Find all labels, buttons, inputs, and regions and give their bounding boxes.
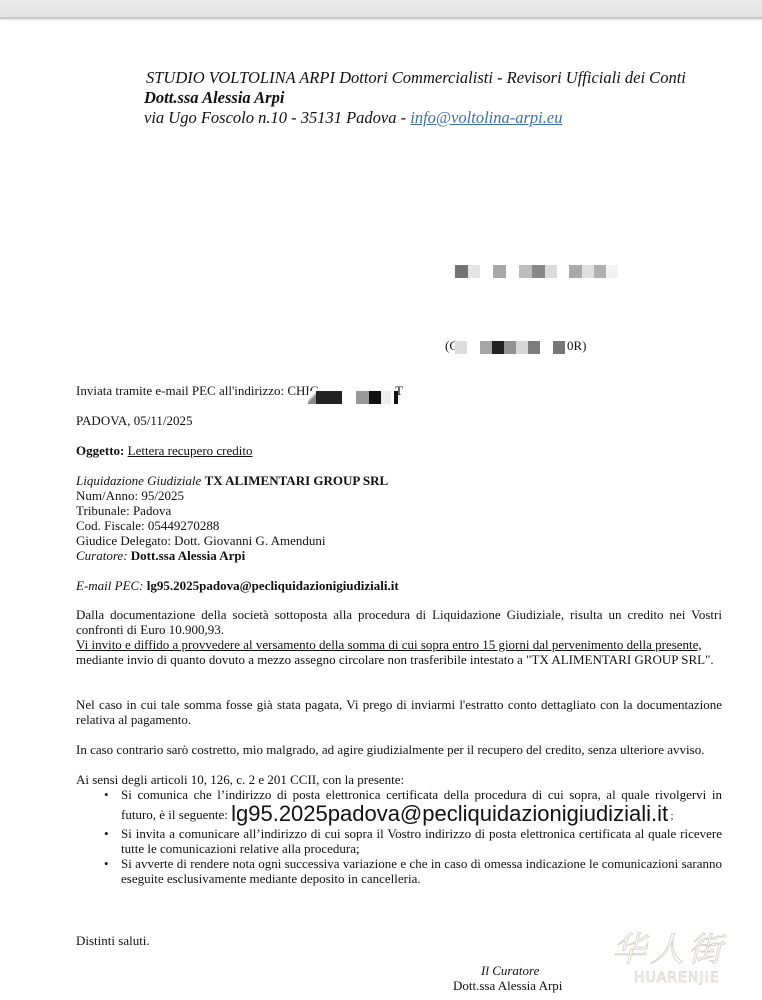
procedure-pec: E-mail PEC: lg95.2025padova@pecliquidazi…	[76, 578, 399, 593]
procedure-title: Liquidazione Giudiziale TX ALIMENTARI GR…	[76, 473, 388, 488]
paragraph-credit-text: Dalla documentazione della società sotto…	[76, 607, 722, 637]
procedure-num-anno: Num/Anno: 95/2025	[76, 488, 184, 503]
procedure-cod-fiscale: Cod. Fiscale: 05449270288	[76, 518, 219, 533]
bullet-tail: ;	[668, 811, 673, 822]
signature-name: Dott.ssa Alessia Arpi	[453, 978, 562, 993]
subject-text: Lettera recupero credito	[128, 443, 253, 458]
closing: Distinti saluti.	[76, 933, 150, 948]
letterhead-address-text: via Ugo Foscolo n.10 - 35131 Padova -	[144, 108, 410, 127]
paragraph-credit-tail: mediante invio di quanto dovuto a mezzo …	[76, 652, 714, 667]
signature-role: Il Curatore	[481, 963, 539, 978]
subject-label: Oggetto:	[76, 443, 124, 458]
subject-line: Oggetto: Lettera recupero credito	[76, 443, 253, 458]
procedure-type: Liquidazione Giudiziale	[76, 473, 201, 488]
viewer-top-bar	[0, 0, 762, 19]
procedure-company: TX ALIMENTARI GROUP SRL	[205, 473, 389, 488]
bullet-pec-address[interactable]: lg95.2025padova@pecliquidazionigiudizial…	[231, 801, 668, 826]
letterhead-name-text: Dott.ssa Alessia Arpi	[144, 88, 284, 107]
watermark-logo: 华人街 HUARENJIE	[612, 930, 752, 992]
sent-via-prefix: Inviata tramite e-mail PEC all'indirizzo…	[76, 383, 318, 398]
curatore-label: Curatore:	[76, 548, 128, 563]
bullet-item-pec-address: Si comunica che l’indirizzo di posta ele…	[104, 787, 722, 826]
bullet-item-invite: Si invita a comunicare all’indirizzo di …	[104, 826, 722, 856]
recipient-name-redacted	[455, 265, 635, 278]
paragraph-credit: Dalla documentazione della società sotto…	[76, 607, 722, 667]
procedure-giudice: Giudice Delegato: Dott. Giovanni G. Amen…	[76, 533, 325, 548]
paragraph-already-paid: Nel caso in cui tale somma fosse già sta…	[76, 697, 722, 727]
watermark-chinese: 华人街	[612, 930, 752, 970]
letterhead-studio-line: STUDIO VOLTOLINA ARPI Dottori Commercial…	[146, 68, 686, 88]
recipient-code-line: (C 0R)	[445, 338, 645, 354]
pec-label: E-mail PEC:	[76, 578, 144, 593]
procedure-tribunale: Tribunale: Padova	[76, 503, 171, 518]
procedure-curatore: Curatore: Dott.ssa Alessia Arpi	[76, 548, 245, 563]
place-date: PADOVA, 05/11/2025	[76, 413, 193, 428]
recipient-code-suffix: 0R)	[567, 338, 587, 353]
letterhead-email-link[interactable]: info@voltolina-arpi.eu	[410, 108, 562, 127]
sent-via-line: Inviata tramite e-mail PEC all'indirizzo…	[76, 383, 416, 403]
paragraph-articles-intro: Ai sensi degli articoli 10, 126, c. 2 e …	[76, 772, 404, 787]
letterhead-name: Dott.ssa Alessia Arpi	[144, 88, 284, 108]
bullet-item-notice: Si avverte di rendere nota ogni successi…	[104, 856, 722, 886]
letterhead-address: via Ugo Foscolo n.10 - 35131 Padova - in…	[144, 108, 562, 128]
paragraph-legal-action: In caso contrario sarò costretto, mio ma…	[76, 742, 722, 757]
paragraph-credit-demand: Vi invito e diffido a provvedere al vers…	[76, 637, 702, 652]
sent-via-suffix: T	[395, 383, 403, 398]
curatore-name: Dott.ssa Alessia Arpi	[131, 548, 245, 563]
pec-value[interactable]: lg95.2025padova@pecliquidazionigiudizial…	[147, 578, 399, 593]
watermark-latin: HUARENJIE	[634, 970, 752, 986]
bullet-list: Si comunica che l’indirizzo di posta ele…	[104, 787, 722, 886]
